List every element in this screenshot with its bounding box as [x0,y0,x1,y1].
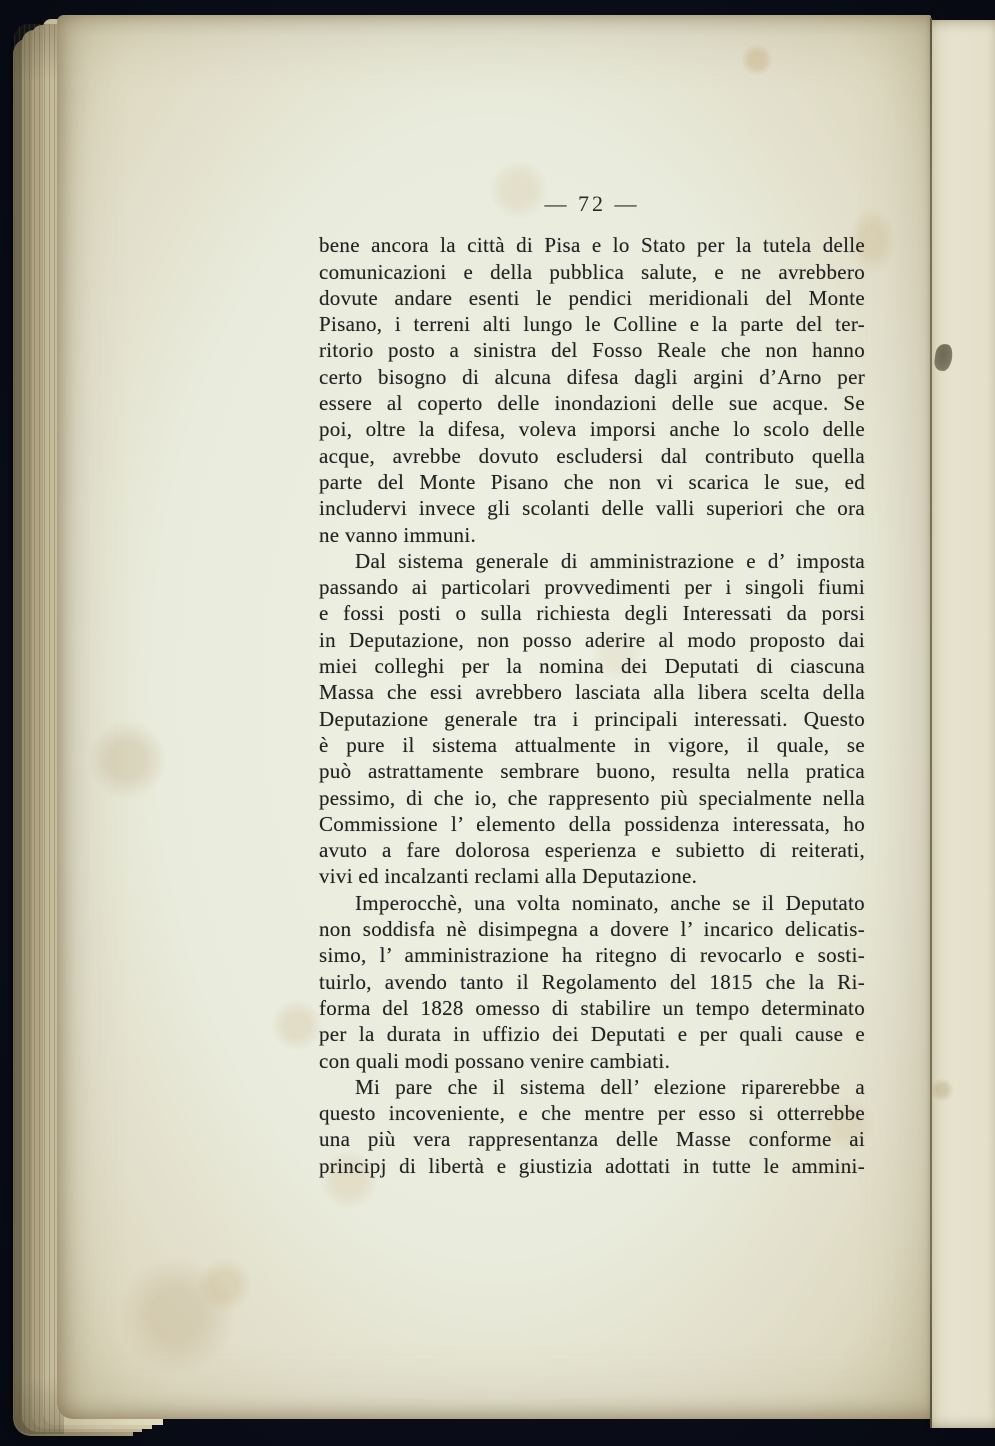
text-line: con quali modi possano venire cambiati. [319,1048,865,1074]
page-text: — 72 — bene ancora la città di Pisa e lo… [319,191,865,1179]
text-line: principj di libertà e giustizia adottati… [319,1153,865,1179]
text-line: comunicazioni e della pubblica salute, e… [319,259,865,285]
text-line: acque, avrebbe dovuto escludersi dal con… [319,443,865,469]
paragraph: Mi pare che il sistema dell’ elezione ri… [319,1074,865,1179]
text-line: miei colleghi per la nomina dei Deputati… [319,653,865,679]
text-line: ritorio posto a sinistra del Fosso Reale… [319,337,865,363]
text-line: una più vera rappresentanza delle Masse … [319,1126,865,1152]
text-block: bene ancora la città di Pisa e lo Stato … [319,232,865,1179]
text-line: per la durata in uffizio dei Deputati e … [319,1021,865,1047]
page-number: — 72 — [319,191,865,217]
text-line: vivi ed incalzanti reclami alla Deputazi… [319,863,865,889]
text-line: includervi invece gli scolanti delle val… [319,495,865,521]
text-line: avuto a fare dolorosa esperienza e subie… [319,837,865,863]
paragraph: Imperocchè, una volta nominato, anche se… [319,890,865,1074]
text-line: simo, l’ amministrazione ha ritegno di r… [319,942,865,968]
text-line: pessimo, di che io, che rappresento più … [319,785,865,811]
text-line: Dal sistema generale di amministrazione … [319,548,865,574]
paragraph: bene ancora la città di Pisa e lo Stato … [319,232,865,548]
text-line: Commissione l’ elemento della possidenza… [319,811,865,837]
text-line: può astrattamente sembrare buono, result… [319,758,865,784]
text-line: questo incoveniente, e che mentre per es… [319,1100,865,1126]
text-line: ne vanno immuni. [319,522,865,548]
text-line: bene ancora la città di Pisa e lo Stato … [319,232,865,258]
text-line: non soddisfa nè disimpegna a dovere l’ i… [319,916,865,942]
text-line: forma del 1828 omesso di stabilire un te… [319,995,865,1021]
text-line: in Deputazione, non posso aderire al mod… [319,627,865,653]
text-line: parte del Monte Pisano che non vi scaric… [319,469,865,495]
text-line: Mi pare che il sistema dell’ elezione ri… [319,1074,865,1100]
scanned-book-photo: — 72 — bene ancora la città di Pisa e lo… [0,0,995,1446]
facing-page-edge [932,20,995,1428]
text-line: Pisano, i terreni alti lungo le Colline … [319,311,865,337]
text-line: essere al coperto delle inondazioni dell… [319,390,865,416]
book-page: — 72 — bene ancora la città di Pisa e lo… [57,15,931,1419]
text-line: Massa che essi avrebbero lasciata alla l… [319,679,865,705]
text-line: dovute andare esenti le pendici meridion… [319,285,865,311]
paragraph: Dal sistema generale di amministrazione … [319,548,865,890]
text-line: Imperocchè, una volta nominato, anche se… [319,890,865,916]
text-line: poi, oltre la difesa, voleva imporsi anc… [319,416,865,442]
text-line: certo bisogno di alcuna difesa dagli arg… [319,364,865,390]
text-line: e fossi posti o sulla richiesta degli In… [319,600,865,626]
text-line: tuirlo, avendo tanto il Regolamento del … [319,969,865,995]
text-line: Deputazione generale tra i principali in… [319,706,865,732]
text-line: è pure il sistema attualmente in vigore,… [319,732,865,758]
text-line: passando ai particolari provvedimenti pe… [319,574,865,600]
